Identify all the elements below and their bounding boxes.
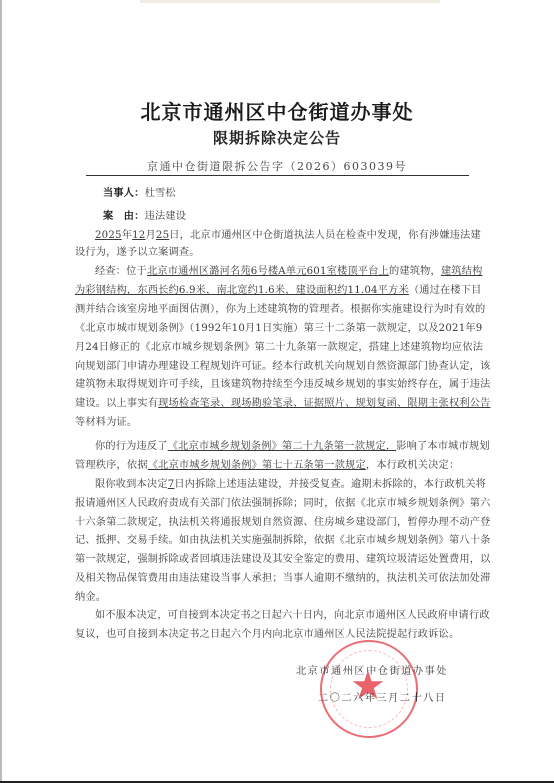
paragraph-2-line-9: 等材料为证。 <box>75 413 137 433</box>
document-number: 京通中仓街道限拆公告字（2026）603039号 <box>0 158 554 174</box>
paragraph-4-line-3: 十六条第二款规定，执法机关将通报规划自然资源、住房城乡建设部门，暂停办理不动产登 <box>75 513 491 533</box>
date-day: 25 <box>156 230 169 241</box>
date-year: 2025 <box>95 230 122 241</box>
text: 限你收到本决定 <box>95 479 168 490</box>
text: （通过在楼下目 <box>409 285 482 296</box>
paragraph-2-line-5: 月24日修正的《北京市城乡规划条例》第二十九条第一款规定，搭建上述建筑物均应依法 <box>75 338 483 358</box>
text: 影响了本市城市规划 <box>396 441 490 452</box>
paragraph-3-line-1: 你的行为违反了《北京市城乡规划条例》第二十九条第一款规定，影响了本市城市规划 <box>95 437 490 457</box>
structure-details: 为彩钢结构，东西长约6.9米，南北宽约1.6米，建设面积约11.04平方米 <box>75 285 409 296</box>
text: 经查：位于 <box>95 266 147 277</box>
paragraph-4-line-6: 及相关物品保管费用由违法建设当事人承担；当事人逾期不缴纳的，执法机关可依法加处滞 <box>75 569 491 589</box>
paragraph-1-line-2: 设行为，遂予以立案调查。 <box>75 243 200 263</box>
page-top-edge <box>140 0 440 3</box>
paragraph-2-line-8: 建设。以上事实有现场检查笔录、现场勘验笔录、证据照片、规划复函、限期主张权利公告 <box>75 394 491 414</box>
text: 日内拆除上述违法建设，并接受复查。逾期未拆除的，本行政机关将 <box>174 479 486 490</box>
paragraph-4-line-4: 记、抵押、交易手续。如由执法机关实施强制拆除，依据《北京市城乡规划条例》第八十条 <box>75 531 491 551</box>
date-printed: 二〇二六年三月 <box>318 693 400 704</box>
violated-regulation: 《北京市城乡规划条例》第二十九条第一款规定， <box>168 441 397 452</box>
address: 北京市通州区潞河名苑6号楼A单元601室楼顶平台上 <box>147 266 389 277</box>
paragraph-2-line-1: 经查：位于北京市通州区潞河名苑6号楼A单元601室楼顶平台上的建筑物，建筑结构 <box>95 262 482 282</box>
paragraph-3-line-2: 管理秩序，依据《北京市城乡规划条例》第七十五条第一款规定，本行政机关决定： <box>75 456 459 476</box>
date-handwritten: 二十八 <box>400 693 435 704</box>
paragraph-2-line-2: 为彩钢结构，东西长约6.9米，南北宽约1.6米，建设面积约11.04平方米（通过… <box>75 281 482 301</box>
document-title: 限期拆除决定公告 <box>0 127 554 148</box>
text: 你的行为违反了 <box>95 441 168 452</box>
text: 管理秩序，依据 <box>75 460 148 471</box>
party-name: 杜雪松 <box>145 188 176 199</box>
paragraph-4-line-1: 限你收到本决定7日内拆除上述违法建设，并接受复查。逾期未拆除的，本行政机关将 <box>95 475 486 495</box>
paragraph-4-line-5: 第一款规定，强制拆除或者回填违法建设及其安全鉴定的费用、建筑垃圾清运处置费用，以 <box>75 550 491 570</box>
text: 建设。以上事实有 <box>75 398 158 409</box>
text: ，本行政机关决定： <box>366 460 460 471</box>
text: 建筑结构 <box>441 266 483 277</box>
evidence-list: 现场检查笔录、现场勘验笔录、证据照片、规划复函、限期主张权利公告 <box>158 398 490 409</box>
paragraph-2-line-4: 《北京市城市规划条例》（1992年10月1日实施）第三十二条第一款规定，以及20… <box>75 319 482 339</box>
issuer-heading: 北京市通州区中仓街道办事处 <box>0 96 554 125</box>
date-suffix: 日 <box>435 693 447 704</box>
paragraph-4-line-2: 报请通州区人民政府责成有关部门依法强制拆除；同时，依据《北京市城乡规划条例》第六 <box>75 494 491 514</box>
party-line: 当事人：杜雪松 <box>103 183 176 204</box>
date-month: 12 <box>132 230 145 241</box>
paragraph-5-line-1: 如不服本决定，可自接到本决定书之日起六十日内，向北京市通州区人民政府申请行政 <box>95 606 490 626</box>
paragraph-2-line-6: 向规划部门申请办理建设工程规划许可证。经本行政机关向规划自然资源部门协查认定，该 <box>75 357 491 377</box>
paragraph-2-line-7: 建筑物未取得规划许可手续，且该建筑物持续至今违反城乡规划的事实始终存在，属于违法 <box>75 375 491 395</box>
text: 日，北京市通州区中仓街道执法人员在检查中发现，你有涉嫌违法建 <box>169 230 481 241</box>
signature-date: 二〇二六年三月二十八日 <box>318 689 447 704</box>
signature-org: 北京市通州区中仓街道办事处 <box>296 662 448 677</box>
paragraph-2-line-3: 测并结合该室房地平面图估测），你为上述建筑物的管理者。根据你实施建设行为时有效的 <box>75 300 485 320</box>
case-line: 案 由：违法建设 <box>103 206 186 227</box>
paragraph-5-line-2: 复议，也可自接到本决定书之日起六个月内向北京市通州区人民法院提起行政诉讼。 <box>75 625 459 645</box>
paragraph-4-line-7: 纳金。 <box>75 588 106 608</box>
text: 年 <box>122 230 132 241</box>
text: 月 <box>146 230 156 241</box>
header-divider <box>86 175 469 176</box>
case-reason: 违法建设 <box>145 211 187 222</box>
party-label: 当事人： <box>103 187 145 199</box>
case-label: 案 由： <box>103 210 145 222</box>
basis-regulation: 《北京市城乡规划条例》第七十五条第一款规定 <box>148 460 366 471</box>
text: 的建筑物， <box>389 266 441 277</box>
